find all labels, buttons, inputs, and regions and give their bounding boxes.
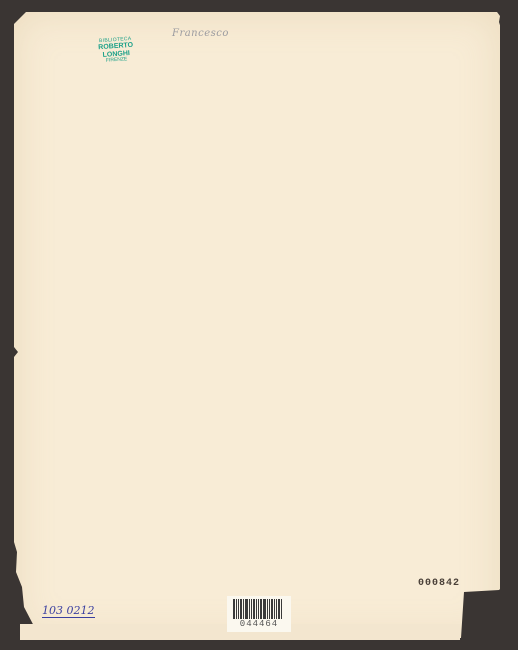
inventory-number: 103 0212 (42, 604, 95, 618)
barcode-icon (233, 599, 285, 619)
barcode-number: 044464 (227, 619, 291, 629)
serial-number: 000842 (418, 578, 460, 589)
pencil-annotation: Francesco (172, 28, 229, 39)
library-stamp: BIBLIOTECA ROBERTO LONGHI FIRENZE (83, 36, 149, 66)
barcode-label: 044464 (227, 596, 291, 632)
document-page (14, 12, 500, 640)
